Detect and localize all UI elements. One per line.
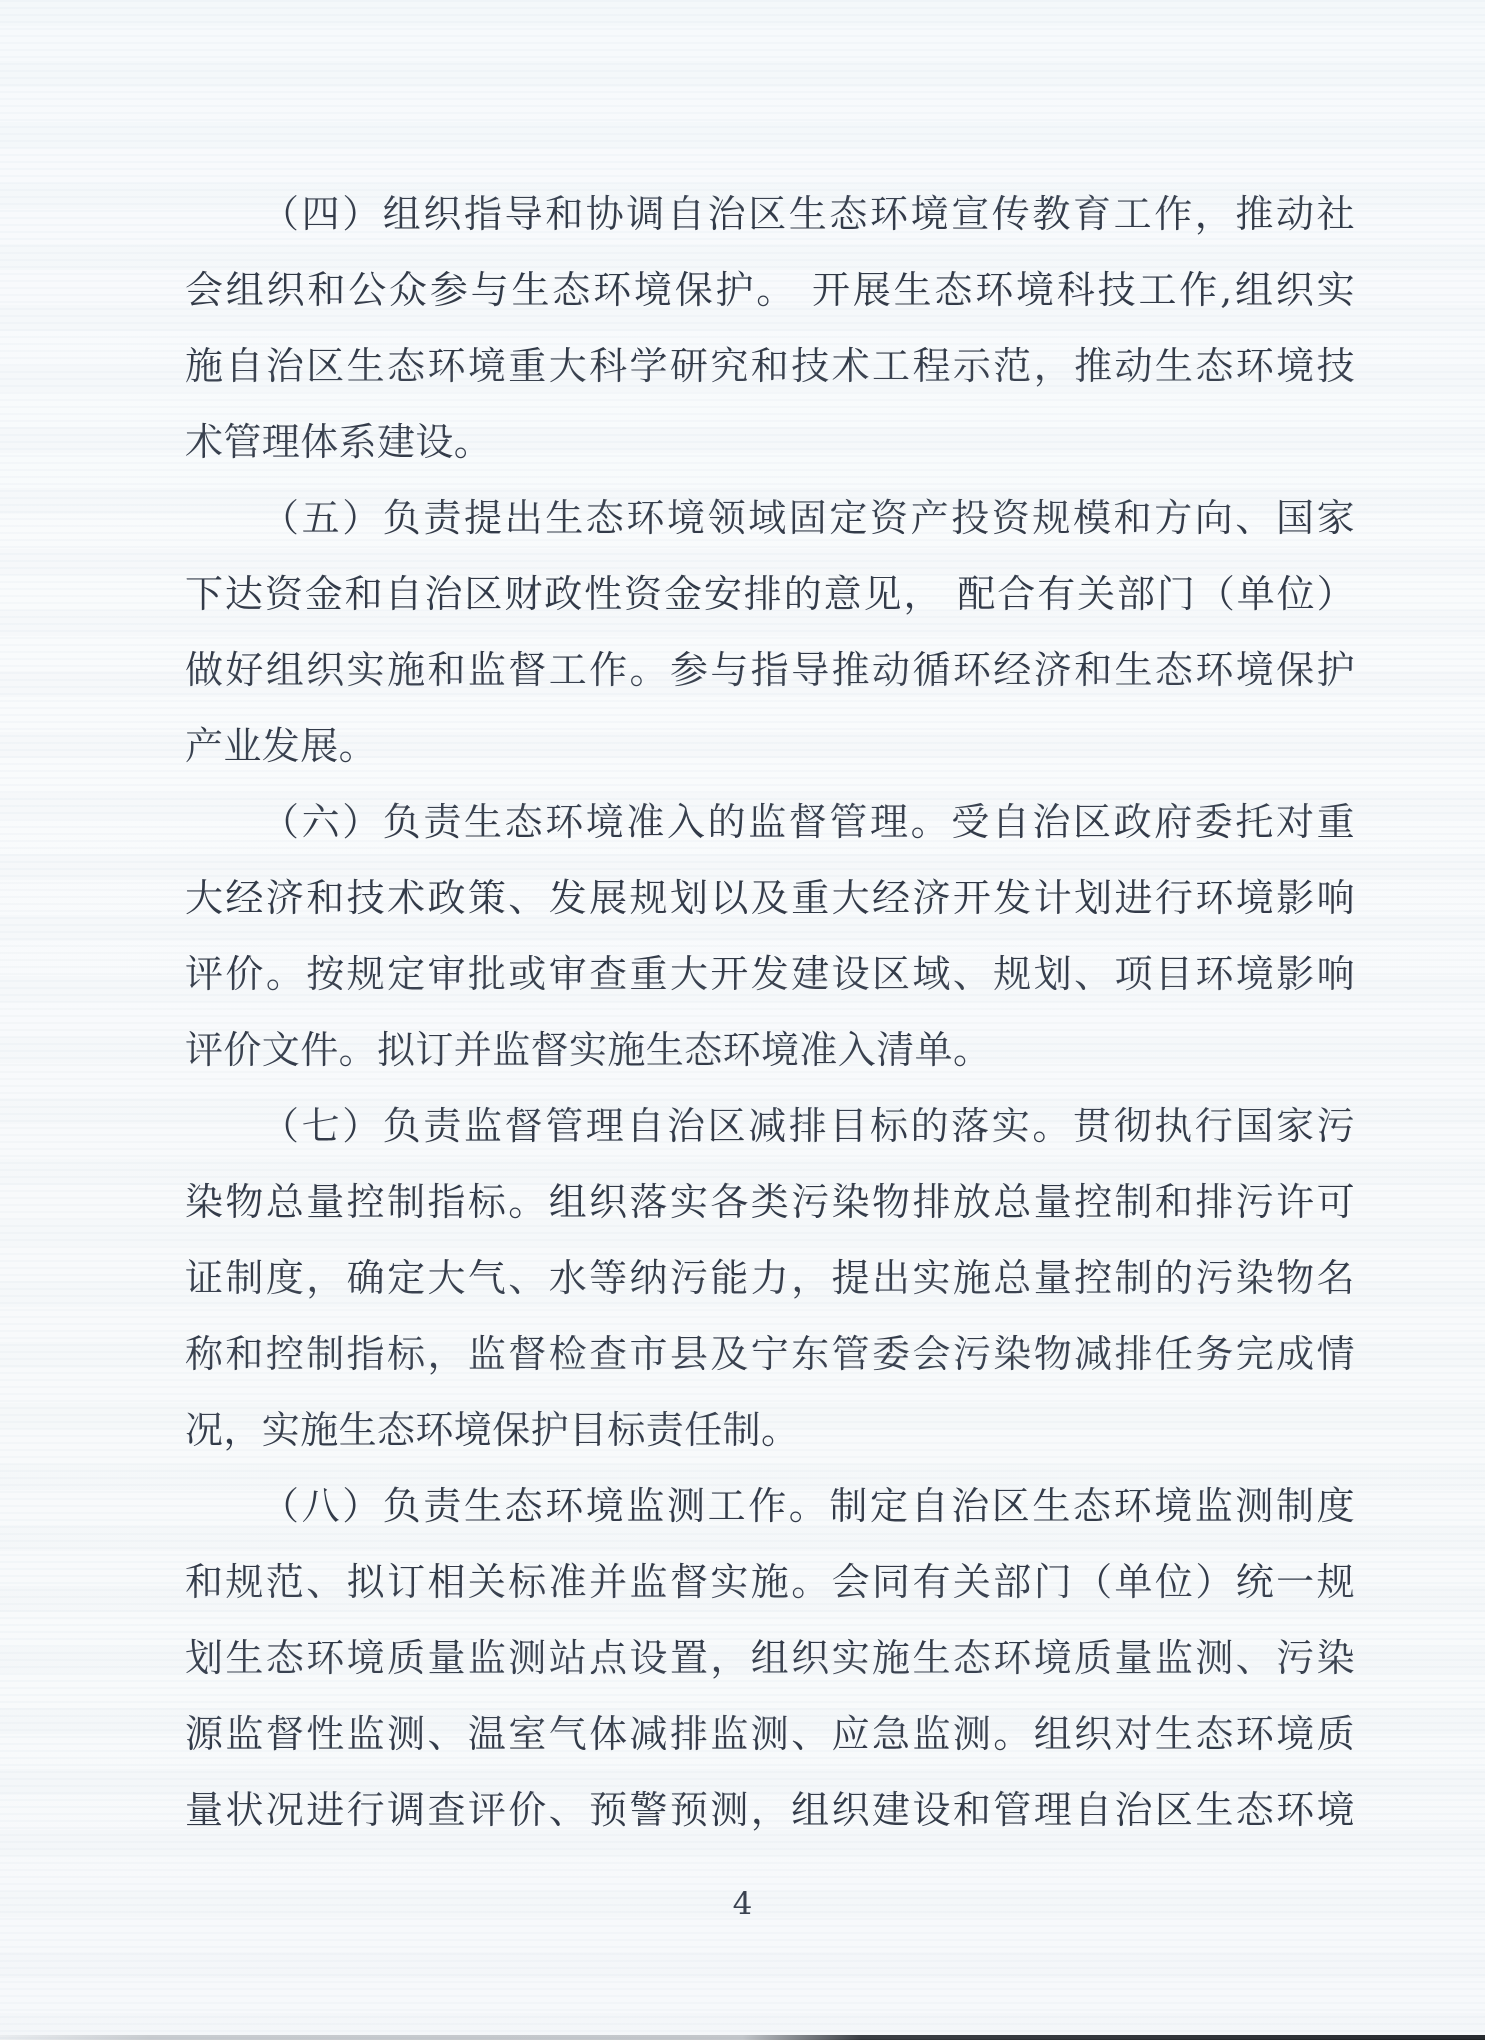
text-paragraph: （八）负责生态环境监测工作。制定自治区生态环境监测制度和规范、拟订相关标准并监督… [185,1468,1355,1848]
text-line: 源监督性监测、温室气体减排监测、应急监测。组织对生态环境质 [185,1696,1355,1772]
text-paragraph: （七）负责监督管理自治区减排目标的落实。贯彻执行国家污染物总量控制指标。组织落实… [185,1088,1355,1468]
text-line: 下达资金和自治区财政性资金安排的意见， 配合有关部门（单位） [185,556,1355,632]
text-line: 证制度，确定大气、水等纳污能力，提出实施总量控制的污染物名 [185,1240,1355,1316]
text-line: 评价文件。拟订并监督实施生态环境准入清单。 [185,1012,1355,1088]
text-line: （六）负责生态环境准入的监督管理。受自治区政府委托对重 [185,784,1355,860]
text-line: 量状况进行调查评价、预警预测，组织建设和管理自治区生态环境 [185,1772,1355,1848]
text-line: 称和控制指标，监督检查市县及宁东管委会污染物减排任务完成情 [185,1316,1355,1392]
text-line: 产业发展。 [185,708,1355,784]
scan-artifact-bottom-edge [0,2035,1485,2040]
text-line: 划生态环境质量监测站点设置，组织实施生态环境质量监测、污染 [185,1620,1355,1696]
text-line: （八）负责生态环境监测工作。制定自治区生态环境监测制度 [185,1468,1355,1544]
text-paragraph: （四）组织指导和协调自治区生态环境宣传教育工作，推动社会组织和公众参与生态环境保… [185,176,1355,480]
text-line: 评价。按规定审批或审查重大开发建设区域、规划、项目环境影响 [185,936,1355,1012]
text-paragraph: （五）负责提出生态环境领域固定资产投资规模和方向、国家下达资金和自治区财政性资金… [185,480,1355,784]
text-line: 施自治区生态环境重大科学研究和技术工程示范，推动生态环境技 [185,328,1355,404]
text-line: 术管理体系建设。 [185,404,1355,480]
text-paragraph: （六）负责生态环境准入的监督管理。受自治区政府委托对重大经济和技术政策、发展规划… [185,784,1355,1088]
text-line: 和规范、拟订相关标准并监督实施。会同有关部门（单位）统一规 [185,1544,1355,1620]
document-body: （四）组织指导和协调自治区生态环境宣传教育工作，推动社会组织和公众参与生态环境保… [185,176,1355,1848]
page-number: 4 [0,1882,1485,1926]
document-page: （四）组织指导和协调自治区生态环境宣传教育工作，推动社会组织和公众参与生态环境保… [0,0,1485,2040]
text-line: 况，实施生态环境保护目标责任制。 [185,1392,1355,1468]
text-line: （五）负责提出生态环境领域固定资产投资规模和方向、国家 [185,480,1355,556]
text-line: 会组织和公众参与生态环境保护。 开展生态环境科技工作,组织实 [185,252,1355,328]
text-line: 染物总量控制指标。组织落实各类污染物排放总量控制和排污许可 [185,1164,1355,1240]
text-line: 做好组织实施和监督工作。参与指导推动循环经济和生态环境保护 [185,632,1355,708]
text-line: 大经济和技术政策、发展规划以及重大经济开发计划进行环境影响 [185,860,1355,936]
text-line: （七）负责监督管理自治区减排目标的落实。贯彻执行国家污 [185,1088,1355,1164]
text-line: （四）组织指导和协调自治区生态环境宣传教育工作，推动社 [185,176,1355,252]
